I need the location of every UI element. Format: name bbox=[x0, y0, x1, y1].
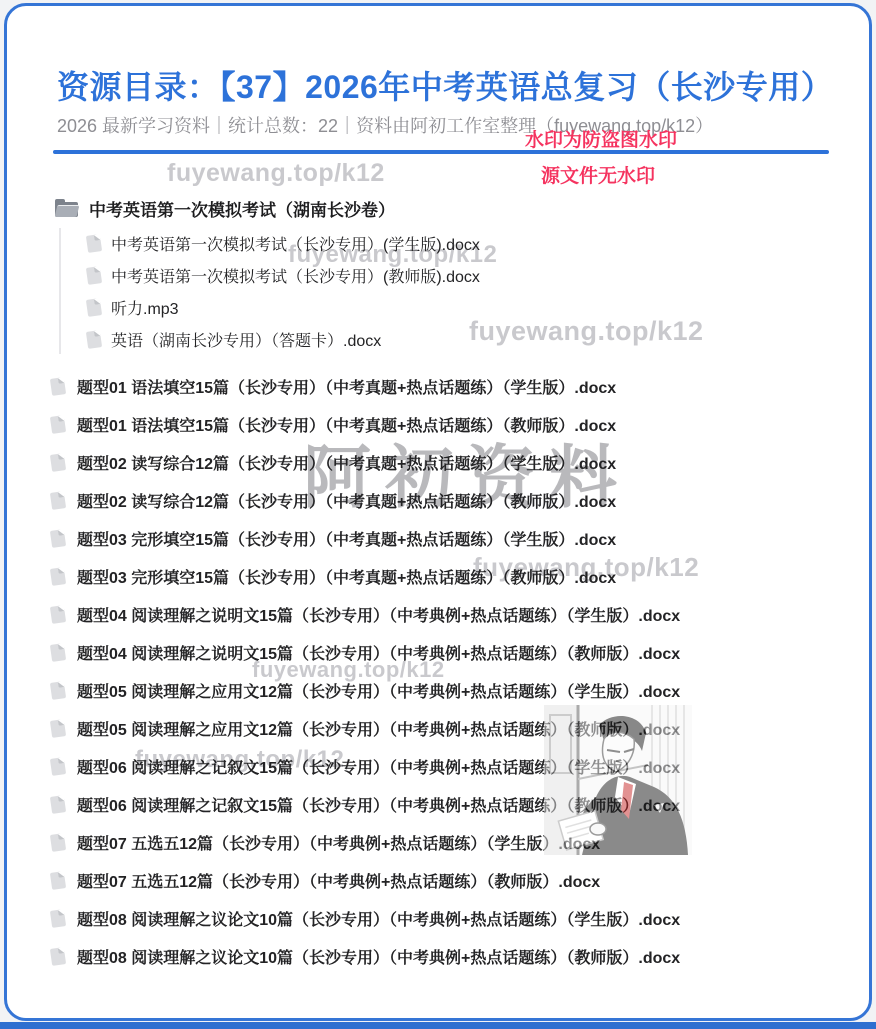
file-row[interactable]: 题型08 阅读理解之议论文10篇（长沙专用）（中考典例+热点话题练）（教师版）.… bbox=[51, 941, 680, 971]
folder-child-row[interactable]: 中考英语第一次模拟考试（长沙专用）(教师版).docx bbox=[87, 263, 480, 287]
page-title: 资源目录：【37】2026年中考英语总复习（长沙专用） bbox=[57, 62, 833, 108]
file-icon bbox=[50, 415, 66, 434]
file-name: 题型01 语法填空15篇（长沙专用）（中考真题+热点话题练）（教师版）.docx bbox=[77, 413, 616, 436]
file-name: 题型07 五选五12篇（长沙专用）（中考典例+热点话题练）（教师版）.docx bbox=[77, 869, 600, 892]
file-name: 题型06 阅读理解之记叙文15篇（长沙专用）（中考典例+热点话题练）（学生版）.… bbox=[77, 755, 680, 778]
file-name: 题型06 阅读理解之记叙文15篇（长沙专用）（中考典例+热点话题练）（教师版）.… bbox=[77, 793, 680, 816]
file-icon bbox=[86, 266, 102, 285]
file-row[interactable]: 题型01 语法填空15篇（长沙专用）（中考真题+热点话题练）（学生版）.docx bbox=[51, 371, 616, 401]
file-icon bbox=[86, 234, 102, 253]
indent-guide-line bbox=[59, 228, 61, 354]
file-name: 题型04 阅读理解之说明文15篇（长沙专用）（中考典例+热点话题练）（学生版）.… bbox=[77, 603, 680, 626]
file-row[interactable]: 题型06 阅读理解之记叙文15篇（长沙专用）（中考典例+热点话题练）（教师版）.… bbox=[51, 789, 680, 819]
file-icon bbox=[50, 719, 66, 738]
watermark-notice-line1: 水印为防盗图水印 bbox=[525, 125, 677, 152]
file-name: 中考英语第一次模拟考试（长沙专用）(教师版).docx bbox=[111, 264, 480, 287]
file-icon bbox=[50, 491, 66, 510]
folder-row[interactable]: 中考英语第一次模拟考试（湖南长沙卷） bbox=[55, 195, 395, 221]
file-row[interactable]: 题型07 五选五12篇（长沙专用）（中考典例+热点话题练）（学生版）.docx bbox=[51, 827, 600, 857]
file-row[interactable]: 题型02 读写综合12篇（长沙专用）（中考真题+热点话题练）（教师版）.docx bbox=[51, 485, 616, 515]
header-divider bbox=[53, 150, 829, 154]
file-row[interactable]: 题型05 阅读理解之应用文12篇（长沙专用）（中考典例+热点话题练）（教师版）.… bbox=[51, 713, 680, 743]
file-icon bbox=[86, 298, 102, 317]
file-icon bbox=[50, 909, 66, 928]
file-icon bbox=[86, 330, 102, 349]
file-row[interactable]: 题型05 阅读理解之应用文12篇（长沙专用）（中考典例+热点话题练）（学生版）.… bbox=[51, 675, 680, 705]
file-icon bbox=[50, 377, 66, 396]
file-row[interactable]: 题型02 读写综合12篇（长沙专用）（中考真题+热点话题练）（学生版）.docx bbox=[51, 447, 616, 477]
file-row[interactable]: 题型01 语法填空15篇（长沙专用）（中考真题+热点话题练）（教师版）.docx bbox=[51, 409, 616, 439]
file-icon bbox=[50, 681, 66, 700]
file-icon bbox=[50, 871, 66, 890]
file-icon bbox=[50, 567, 66, 586]
file-name: 题型03 完形填空15篇（长沙专用）（中考真题+热点话题练）（教师版）.docx bbox=[77, 565, 616, 588]
file-row[interactable]: 题型03 完形填空15篇（长沙专用）（中考真题+热点话题练）（学生版）.docx bbox=[51, 523, 616, 553]
folder-child-row[interactable]: 中考英语第一次模拟考试（长沙专用）(学生版).docx bbox=[87, 231, 480, 255]
file-name: 英语（湖南长沙专用）（答题卡）.docx bbox=[111, 328, 381, 351]
file-name: 题型05 阅读理解之应用文12篇（长沙专用）（中考典例+热点话题练）（教师版）.… bbox=[77, 717, 680, 740]
file-name: 题型02 读写综合12篇（长沙专用）（中考真题+热点话题练）（学生版）.docx bbox=[77, 451, 616, 474]
folder-name: 中考英语第一次模拟考试（湖南长沙卷） bbox=[89, 196, 395, 221]
folder-child-row[interactable]: 听力.mp3 bbox=[87, 295, 179, 319]
file-row[interactable]: 题型04 阅读理解之说明文15篇（长沙专用）（中考典例+热点话题练）（学生版）.… bbox=[51, 599, 680, 629]
file-icon bbox=[50, 529, 66, 548]
content-layer: 资源目录：【37】2026年中考英语总复习（长沙专用） 2026 最新学习资料｜… bbox=[7, 6, 869, 1018]
file-row[interactable]: 题型07 五选五12篇（长沙专用）（中考典例+热点话题练）（教师版）.docx bbox=[51, 865, 600, 895]
file-name: 题型08 阅读理解之议论文10篇（长沙专用）（中考典例+热点话题练）（教师版）.… bbox=[77, 945, 680, 968]
catalog-card: fuyewang.top/k12 fuyewang.top/k12 fuyewa… bbox=[4, 3, 872, 1021]
file-name: 题型03 完形填空15篇（长沙专用）（中考真题+热点话题练）（学生版）.docx bbox=[77, 527, 616, 550]
file-row[interactable]: 题型06 阅读理解之记叙文15篇（长沙专用）（中考典例+热点话题练）（学生版）.… bbox=[51, 751, 680, 781]
file-icon bbox=[50, 643, 66, 662]
file-name: 中考英语第一次模拟考试（长沙专用）(学生版).docx bbox=[111, 232, 480, 255]
file-name: 题型05 阅读理解之应用文12篇（长沙专用）（中考典例+热点话题练）（学生版）.… bbox=[77, 679, 680, 702]
file-name: 题型07 五选五12篇（长沙专用）（中考典例+热点话题练）（学生版）.docx bbox=[77, 831, 600, 854]
file-row[interactable]: 题型04 阅读理解之说明文15篇（长沙专用）（中考典例+热点话题练）（教师版）.… bbox=[51, 637, 680, 667]
file-name: 听力.mp3 bbox=[111, 296, 179, 319]
watermark-notice-line2: 源文件无水印 bbox=[541, 161, 655, 188]
file-icon bbox=[50, 947, 66, 966]
bottom-accent-bar bbox=[0, 1022, 876, 1029]
file-icon bbox=[50, 453, 66, 472]
file-name: 题型08 阅读理解之议论文10篇（长沙专用）（中考典例+热点话题练）（学生版）.… bbox=[77, 907, 680, 930]
file-row[interactable]: 题型08 阅读理解之议论文10篇（长沙专用）（中考典例+热点话题练）（学生版）.… bbox=[51, 903, 680, 933]
file-name: 题型02 读写综合12篇（长沙专用）（中考真题+热点话题练）（教师版）.docx bbox=[77, 489, 616, 512]
file-icon bbox=[50, 795, 66, 814]
file-name: 题型01 语法填空15篇（长沙专用）（中考真题+热点话题练）（学生版）.docx bbox=[77, 375, 616, 398]
file-icon bbox=[50, 757, 66, 776]
file-icon bbox=[50, 605, 66, 624]
file-icon bbox=[50, 833, 66, 852]
folder-icon bbox=[55, 200, 78, 217]
file-name: 题型04 阅读理解之说明文15篇（长沙专用）（中考典例+热点话题练）（教师版）.… bbox=[77, 641, 680, 664]
file-row[interactable]: 题型03 完形填空15篇（长沙专用）（中考真题+热点话题练）（教师版）.docx bbox=[51, 561, 616, 591]
folder-child-row[interactable]: 英语（湖南长沙专用）（答题卡）.docx bbox=[87, 327, 381, 351]
